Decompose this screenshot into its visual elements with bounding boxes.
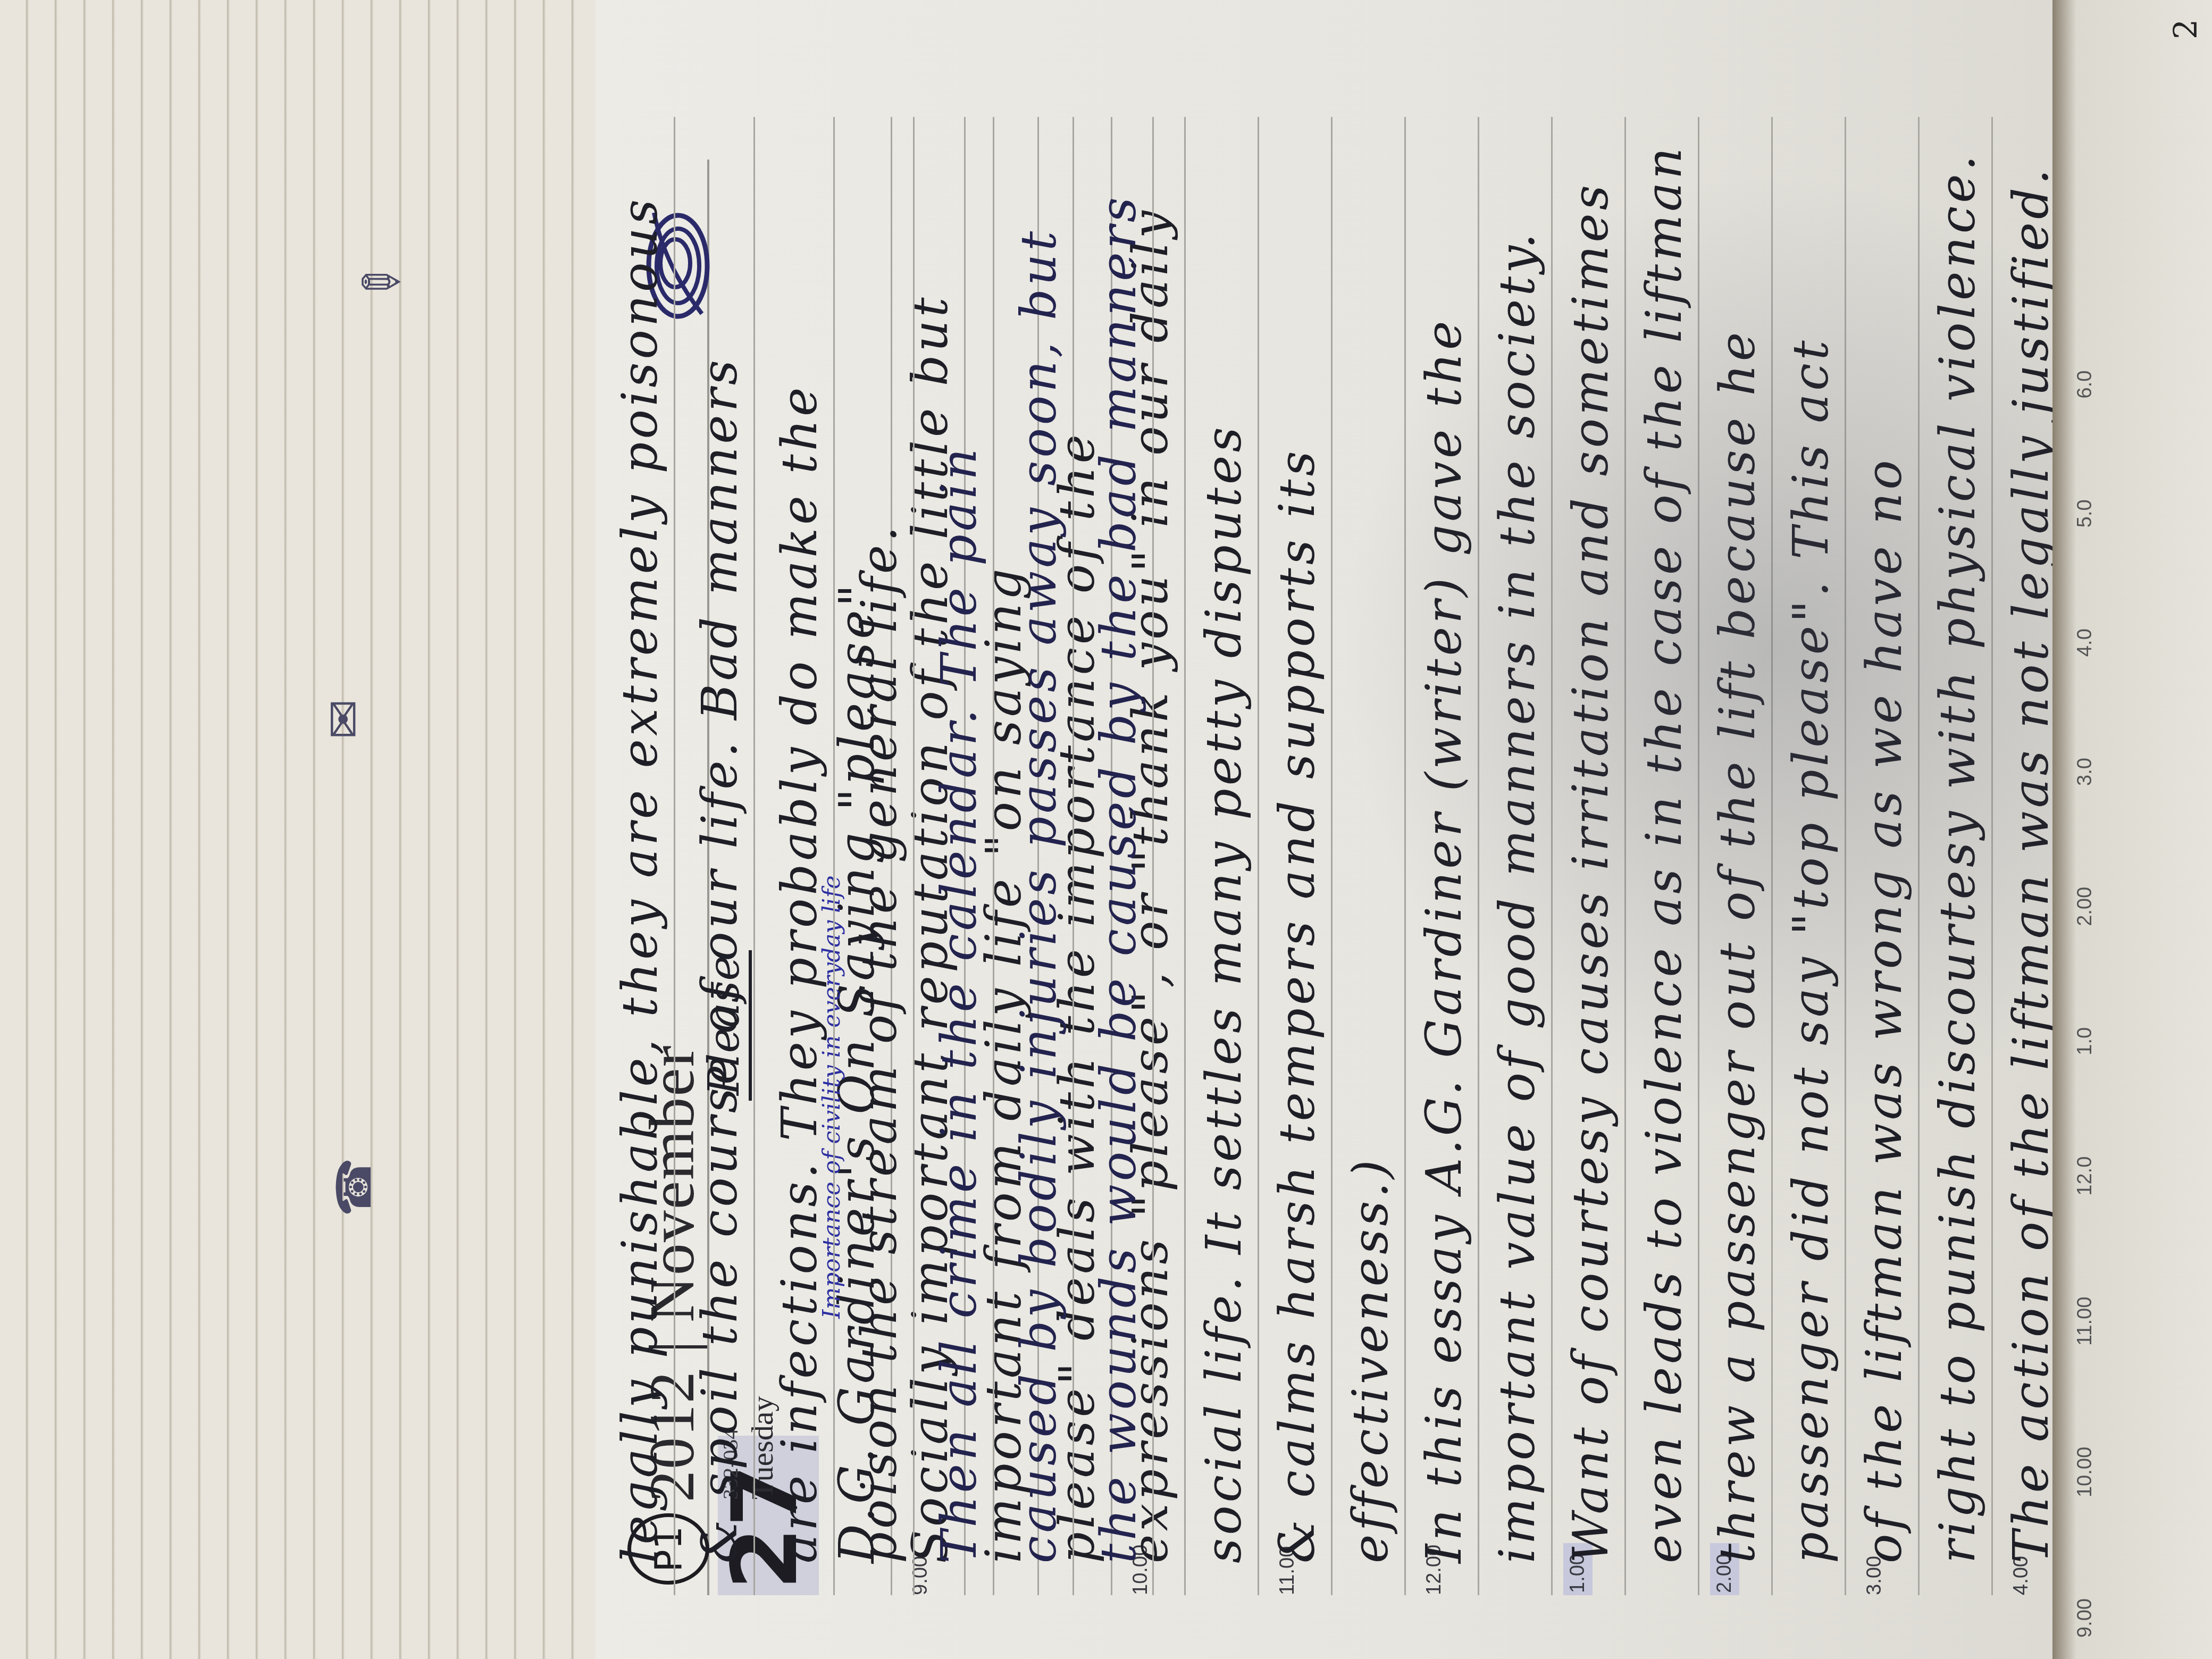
handwritten-text: caused by bodily injuries passes away so… <box>1010 228 1067 1563</box>
ruled-line: Then all crime in the calendar. The pain <box>915 117 994 1595</box>
ruled-line: 1.00Want of courtesy causes irritation a… <box>1553 117 1626 1595</box>
handwritten-text: passenger did not say "top please". This… <box>1782 337 1839 1563</box>
handwritten-text: important value of good manners in the s… <box>1489 230 1546 1563</box>
handwritten-text: right to punish discourtesy with physica… <box>1929 152 1986 1563</box>
ruled-line: legally punishable, they are extremely p… <box>596 117 675 1595</box>
handwritten-text: of the liftman was wrong as we have no <box>1856 457 1913 1563</box>
handwritten-text: effectiveness.) <box>1342 1157 1399 1563</box>
ruled-line: 11.00& calms harsh tempers and supports … <box>1259 117 1333 1595</box>
facing-page-times: 9.00 10.00 11.00 12.0 1.0 2.00 3.0 4.0 5… <box>2074 371 2097 1638</box>
ruled-line: poison the stream of the general life. <box>835 117 915 1595</box>
handwritten-text: threw a passenger out of the lift becaus… <box>1709 329 1766 1563</box>
time-label: 4.0 <box>2074 629 2097 657</box>
lower-lines-block: legally punishable, they are extremely p… <box>0 0 596 1659</box>
facing-page: 9.00 10.00 11.00 12.0 1.0 2.00 3.0 4.0 5… <box>2052 0 2212 1659</box>
ruled-line: 12.00In this essay A.G. Gardiner (writer… <box>1406 117 1479 1595</box>
time-label: 3.0 <box>2074 758 2097 786</box>
ruled-line: even leads to violence as in the case of… <box>1626 117 1699 1595</box>
handwritten-text: even leads to violence as in the case of… <box>1636 145 1692 1563</box>
handwritten-text: The action of the liftman was not legall… <box>2002 166 2059 1563</box>
ruled-line: passenger did not say "top please". This… <box>1773 117 1846 1595</box>
facing-page-number: 2 <box>2167 19 2205 39</box>
handwritten-text: Want of courtesy causes irritation and s… <box>1562 182 1619 1563</box>
handwritten-text: social life. It settles many petty dispu… <box>1195 424 1252 1563</box>
time-label: 2.00 <box>2074 887 2097 926</box>
time-label: 6.0 <box>2074 371 2097 399</box>
ruled-line: 3.00of the liftman was wrong as we have … <box>1846 117 1920 1595</box>
lower-ruled-lines: legally punishable, they are extremely p… <box>596 117 1154 1595</box>
telephone-icon: ☎ <box>326 1157 382 1217</box>
ruled-line: effectiveness.) <box>1333 117 1406 1595</box>
time-label: 12.0 <box>2074 1157 2097 1196</box>
handwritten-text: the wounds would be caused by the bad ma… <box>1090 194 1147 1563</box>
handwritten-text: Then all crime in the calendar. The pain <box>931 445 987 1563</box>
handwritten-text: In this essay A.G. Gardiner (writer) gav… <box>1415 318 1472 1563</box>
photo-scene: P1 2012 | November Please 27 332-034 Tue… <box>0 0 2212 1659</box>
ruled-line: important value of good manners in the s… <box>1479 117 1553 1595</box>
envelope-icon: ✉ <box>316 699 372 739</box>
ruled-line: right to punish discourtesy with physica… <box>1920 117 1993 1595</box>
handwritten-text: poison the stream of the general life. <box>851 523 908 1563</box>
ruled-line: caused by bodily injuries passes away so… <box>994 117 1074 1595</box>
time-label: 5.0 <box>2074 499 2097 527</box>
ruled-line: social life. It settles many petty dispu… <box>1186 117 1259 1595</box>
handwritten-text: legally punishable, they are extremely p… <box>611 196 668 1563</box>
ruled-line: 2.00threw a passenger out of the lift be… <box>1699 117 1773 1595</box>
handwritten-text: & spoil the course of our life. Bad mann… <box>691 357 748 1563</box>
ruled-line: the wounds would be caused by the bad ma… <box>1074 117 1154 1595</box>
handwritten-text: are infections. They probably do make th… <box>771 384 828 1564</box>
time-label: 1.0 <box>2074 1027 2097 1055</box>
lower-lines-rotated: legally punishable, they are extremely p… <box>596 0 1154 1659</box>
handwritten-text: & calms harsh tempers and supports its <box>1269 448 1326 1563</box>
time-label: 11.00 <box>2074 1297 2097 1346</box>
ruled-line: & spoil the course of our life. Bad mann… <box>675 117 755 1595</box>
time-label: 9.00 <box>2074 1598 2097 1638</box>
ruled-line: are infections. They probably do make th… <box>755 117 835 1595</box>
time-label: 10.00 <box>2074 1447 2097 1497</box>
